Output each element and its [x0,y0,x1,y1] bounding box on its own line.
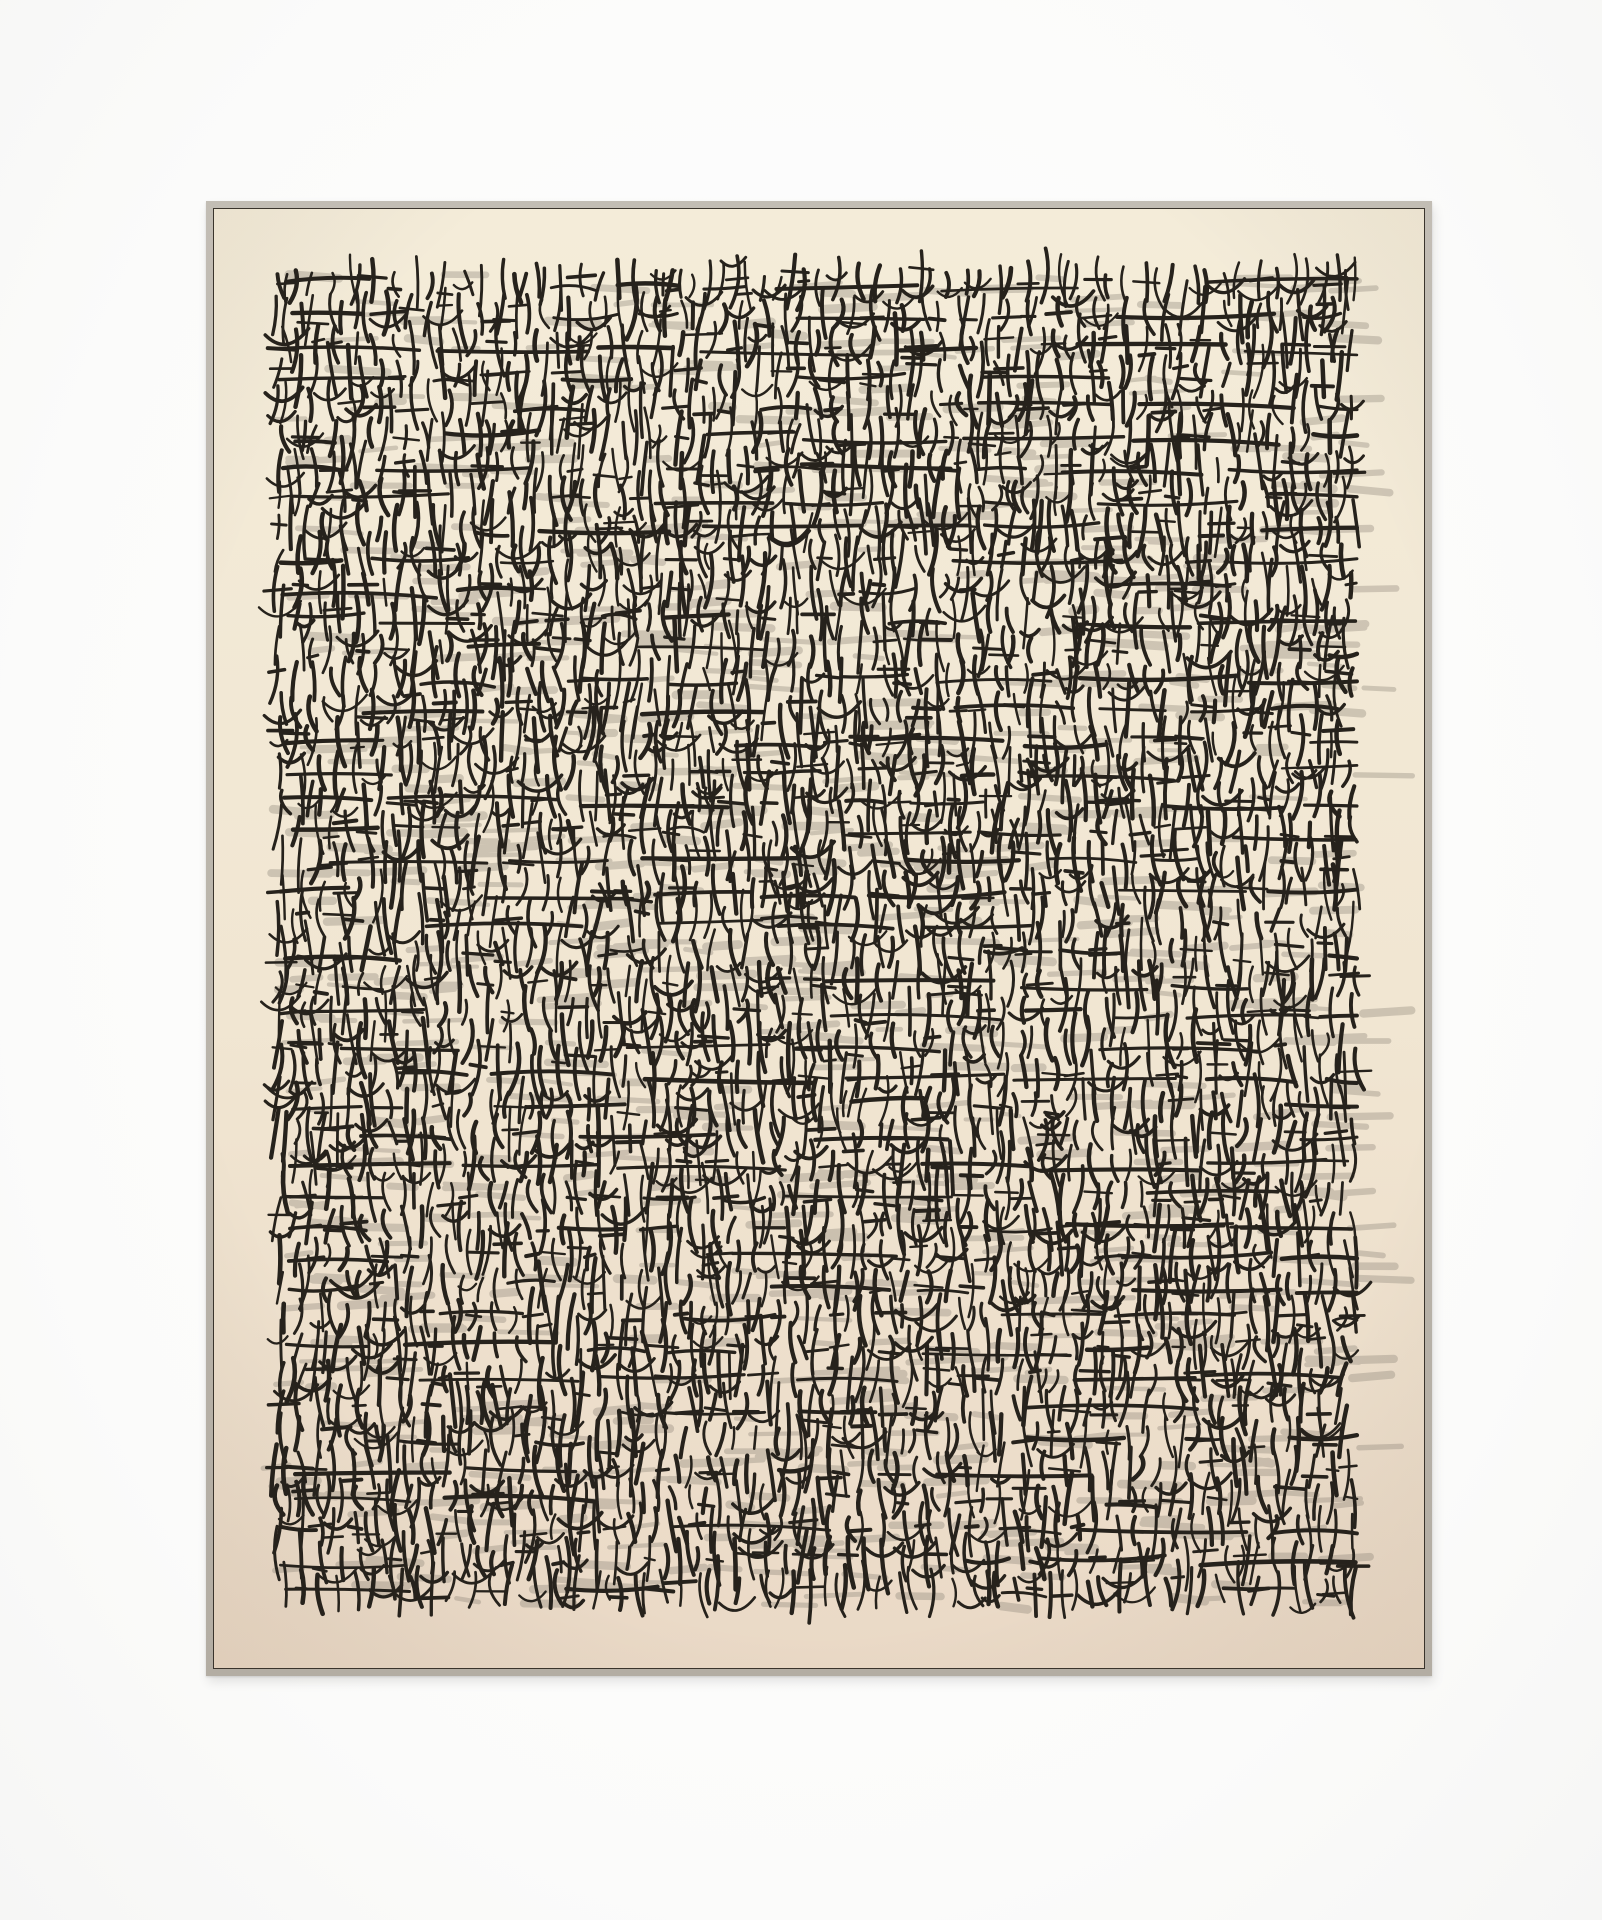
canvas [213,208,1425,1669]
picture-frame [206,201,1432,1676]
charcoal-marks-drawing [214,209,1424,1668]
